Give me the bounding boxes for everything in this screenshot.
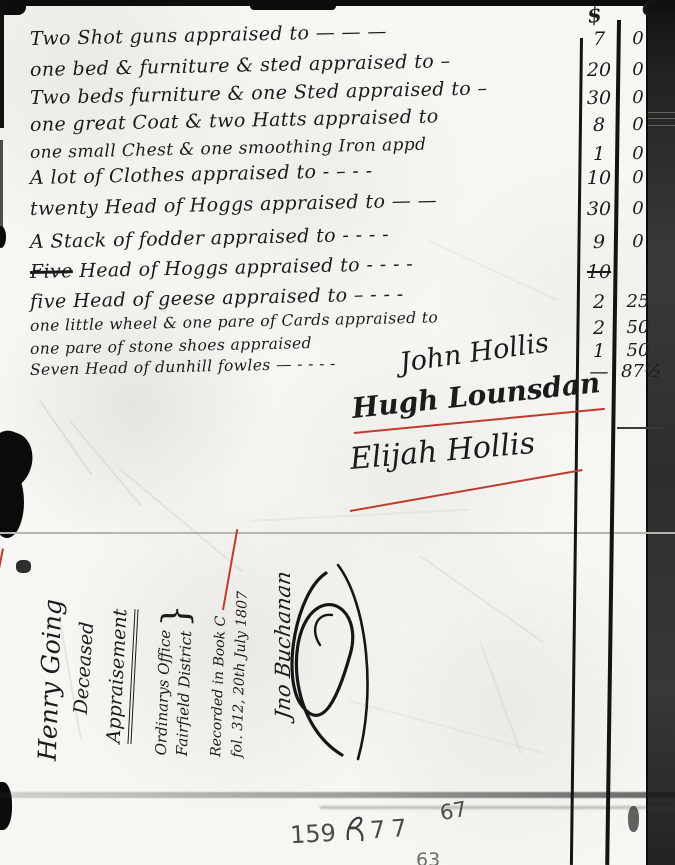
fold-crease-short — [617, 427, 663, 429]
item-cents: 25 — [621, 291, 655, 312]
top-edge-thick-mark — [250, 0, 336, 10]
doc-type-text: Appraisement — [102, 608, 138, 744]
item-dollars: 9 — [580, 231, 618, 253]
pencil-number-63: 63 — [416, 849, 440, 865]
clerk-paraph-flourish-icon — [280, 555, 380, 765]
item-cents: 87½ — [621, 361, 655, 382]
endorsement-recorded-block: Recorded in Book C fol. 312, 20th July 1… — [206, 590, 254, 758]
office-line-2: Fairfield District — [171, 630, 196, 756]
red-strike-decedent — [0, 548, 4, 682]
item-dollars: 8 — [580, 114, 618, 136]
ink-blot — [0, 782, 12, 830]
endorsement-office-block: Ordinarys Office Fairfield District } — [151, 604, 197, 757]
item-dollars: 2 — [580, 317, 618, 339]
ink-blot — [2, 500, 20, 526]
brace-glyph: } — [155, 604, 197, 628]
endorsement-doc-type: Appraisement — [102, 608, 131, 744]
item-dollars: 30 — [580, 87, 618, 109]
ghost-stroke — [120, 468, 244, 572]
item-dollars: 2 — [580, 291, 618, 313]
item-dollars: 7 — [580, 28, 618, 50]
scanned-appraisement-document: $ C Two Shot guns appraised to — — — 7 0… — [0, 0, 675, 865]
item-cents: 0 — [621, 198, 655, 219]
endorsement-decedent-name: Henry Going — [33, 599, 68, 762]
ink-blot — [628, 806, 639, 832]
item-cents: 0 — [621, 143, 655, 164]
item-cents: 0 — [621, 231, 655, 252]
inventory-line: twenty Head of Hoggs appraised to — — 30… — [0, 198, 675, 228]
recorded-line-2: fol. 312, 20th July 1807 — [227, 591, 254, 758]
struck-word: Five — [30, 260, 73, 283]
fold-smudge-2 — [320, 806, 675, 809]
ghost-stroke — [419, 555, 543, 643]
item-dollars-struck: 10 — [580, 261, 618, 283]
pencil-number-77: 77 — [369, 814, 413, 845]
item-dollars: 30 — [580, 198, 618, 220]
item-cents: 0 — [621, 59, 655, 80]
red-underline-elijah — [350, 469, 583, 512]
ghost-stroke — [250, 508, 470, 522]
pencil-number-159: 159 — [289, 819, 336, 849]
item-dollars: 20 — [580, 59, 618, 81]
top-edge-black-strip — [0, 0, 675, 6]
cents-header: C — [640, 0, 659, 21]
item-cents: 50 — [621, 317, 655, 338]
item-cents: 0 — [621, 114, 655, 135]
item-cents: 50 — [621, 340, 655, 361]
item-cents: 0 — [621, 28, 655, 49]
ghost-stroke — [69, 420, 141, 506]
pencil-number-67: 67 — [438, 797, 468, 825]
item-text: Two Shot guns appraised to — — — — [30, 21, 387, 50]
item-dollars: 1 — [580, 143, 618, 165]
item-dollars: 1 — [580, 340, 618, 362]
pencil-scribble-icon — [344, 814, 366, 848]
endorsement-deceased-label: Deceased — [70, 621, 98, 715]
ink-blot — [16, 560, 31, 573]
item-cents: 0 — [621, 167, 655, 188]
item-cents: 0 — [621, 87, 655, 108]
item-dollars: 10 — [580, 167, 618, 189]
signature-elijah-hollis: Elijah Hollis — [348, 426, 536, 477]
